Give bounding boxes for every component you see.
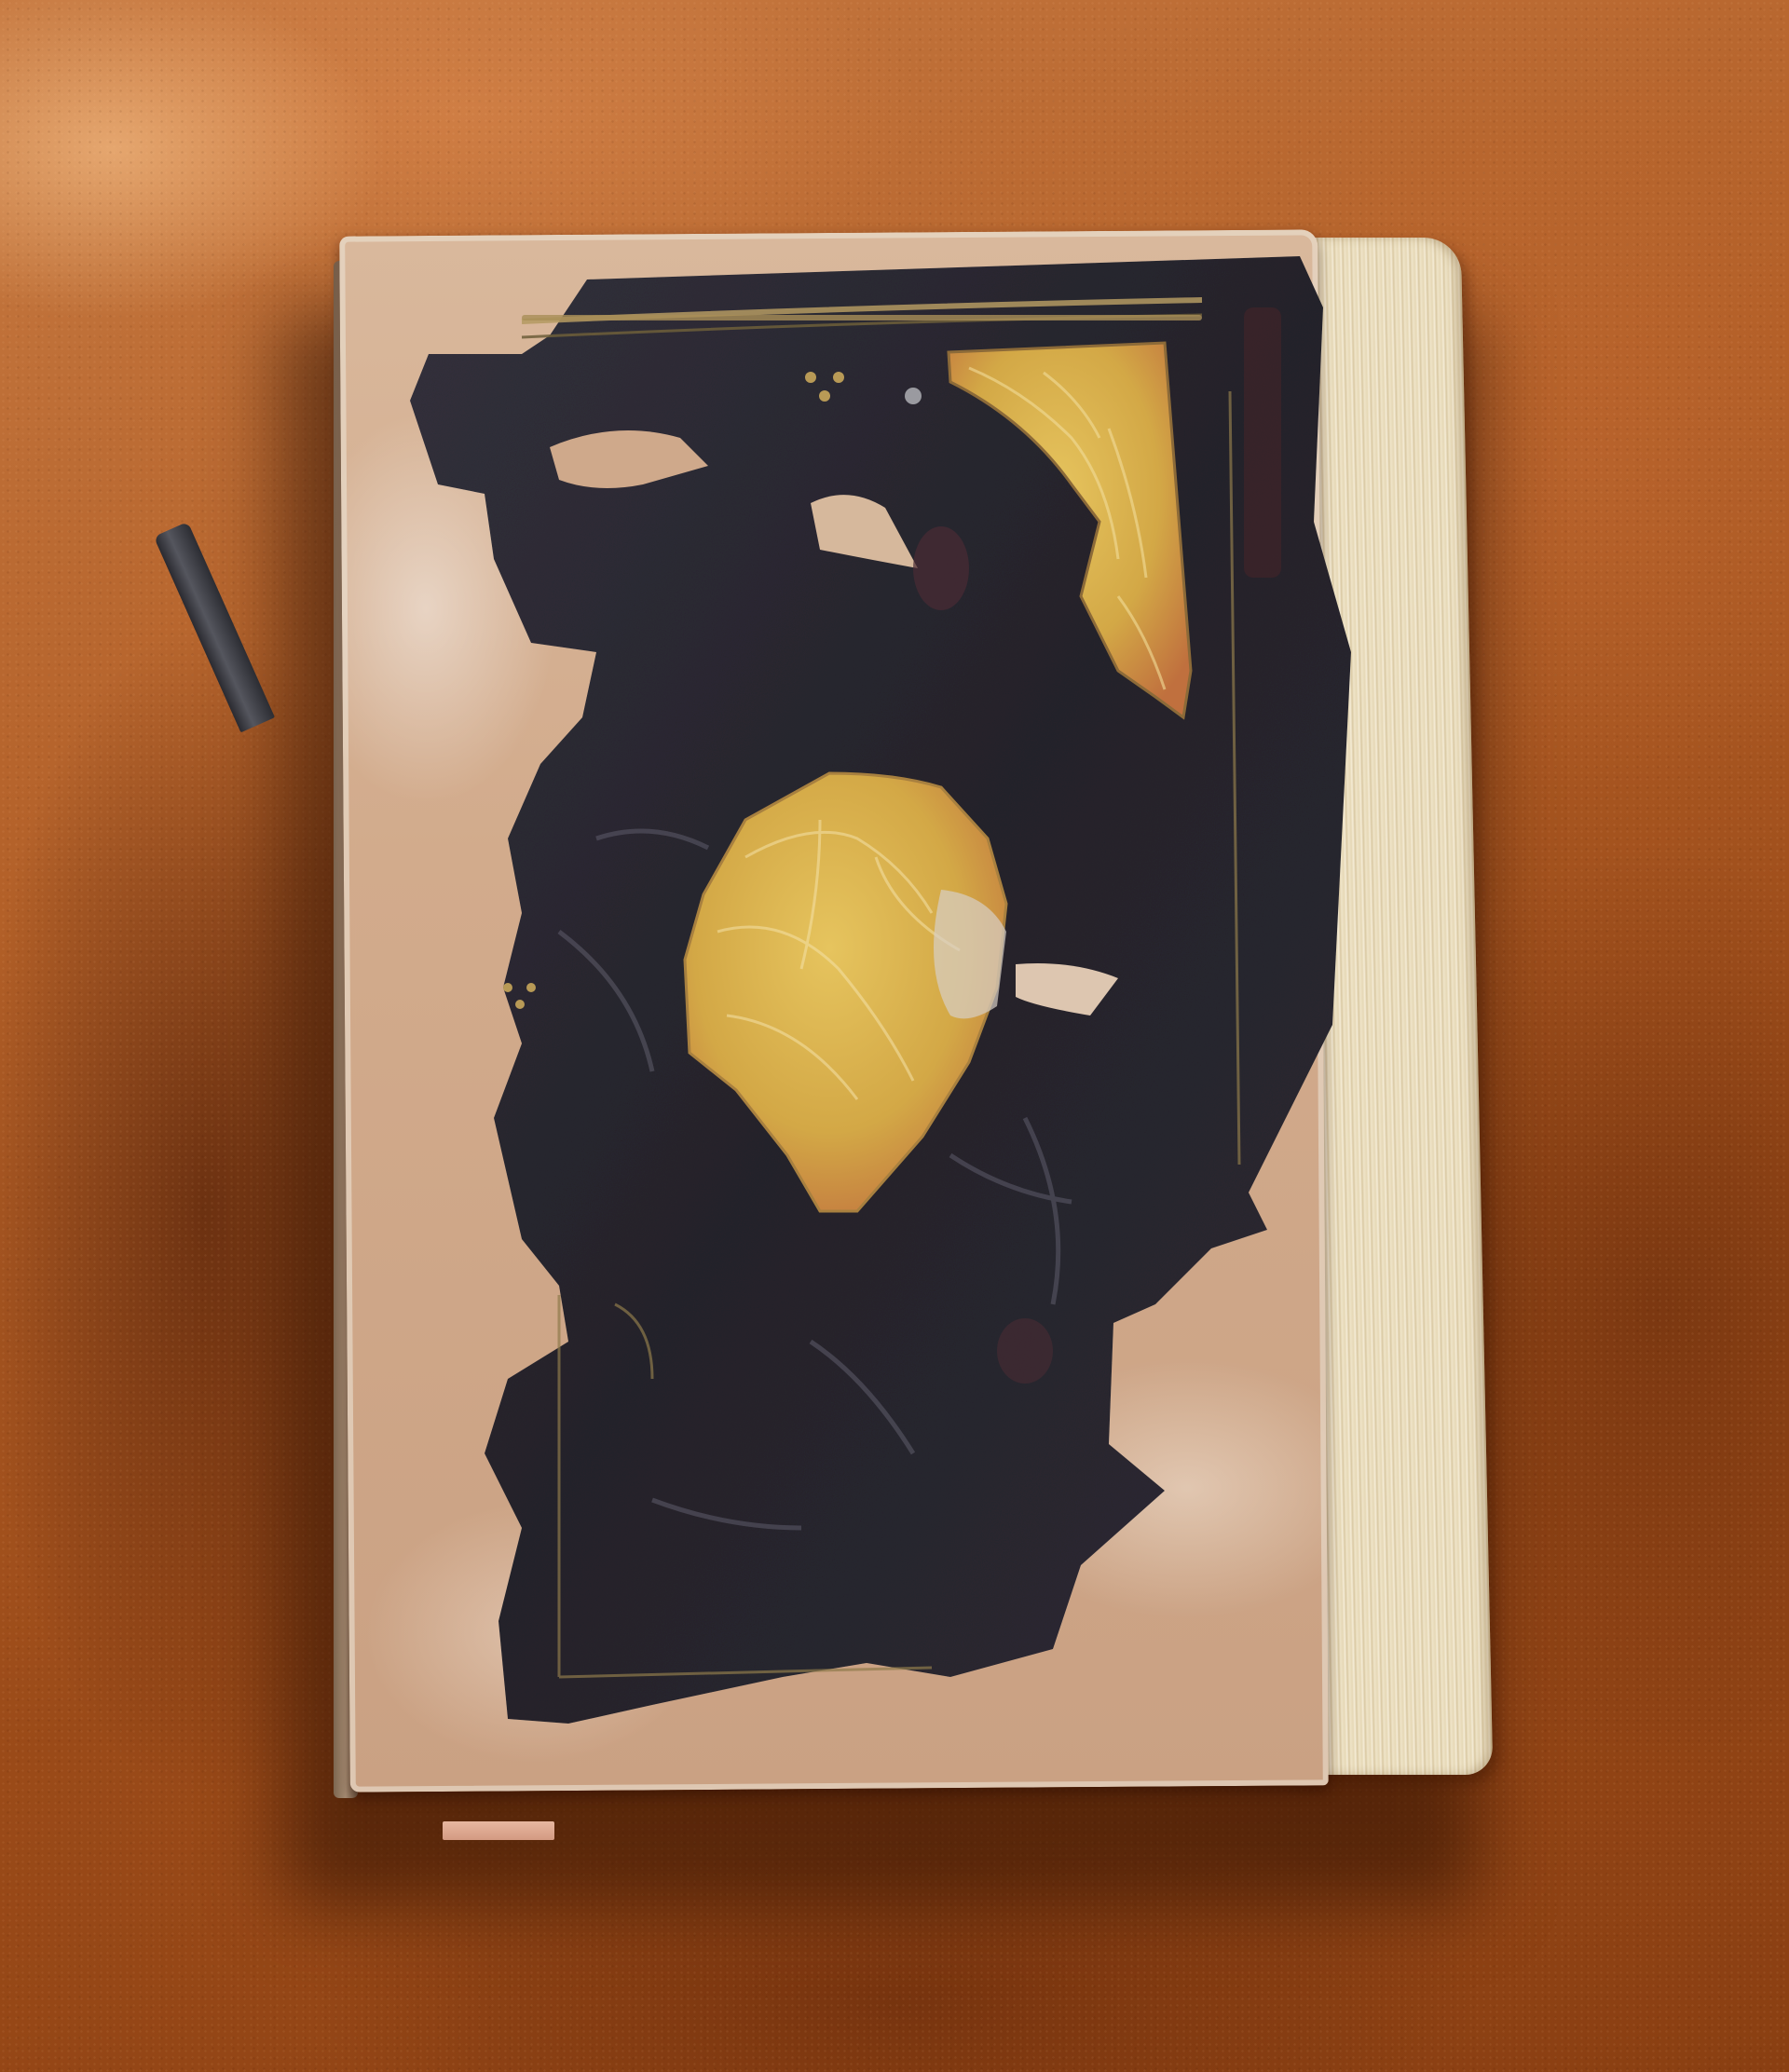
antique-book — [0, 0, 1789, 2072]
leather-cover — [0, 0, 1789, 2072]
leather-cover-art — [0, 0, 1789, 2072]
